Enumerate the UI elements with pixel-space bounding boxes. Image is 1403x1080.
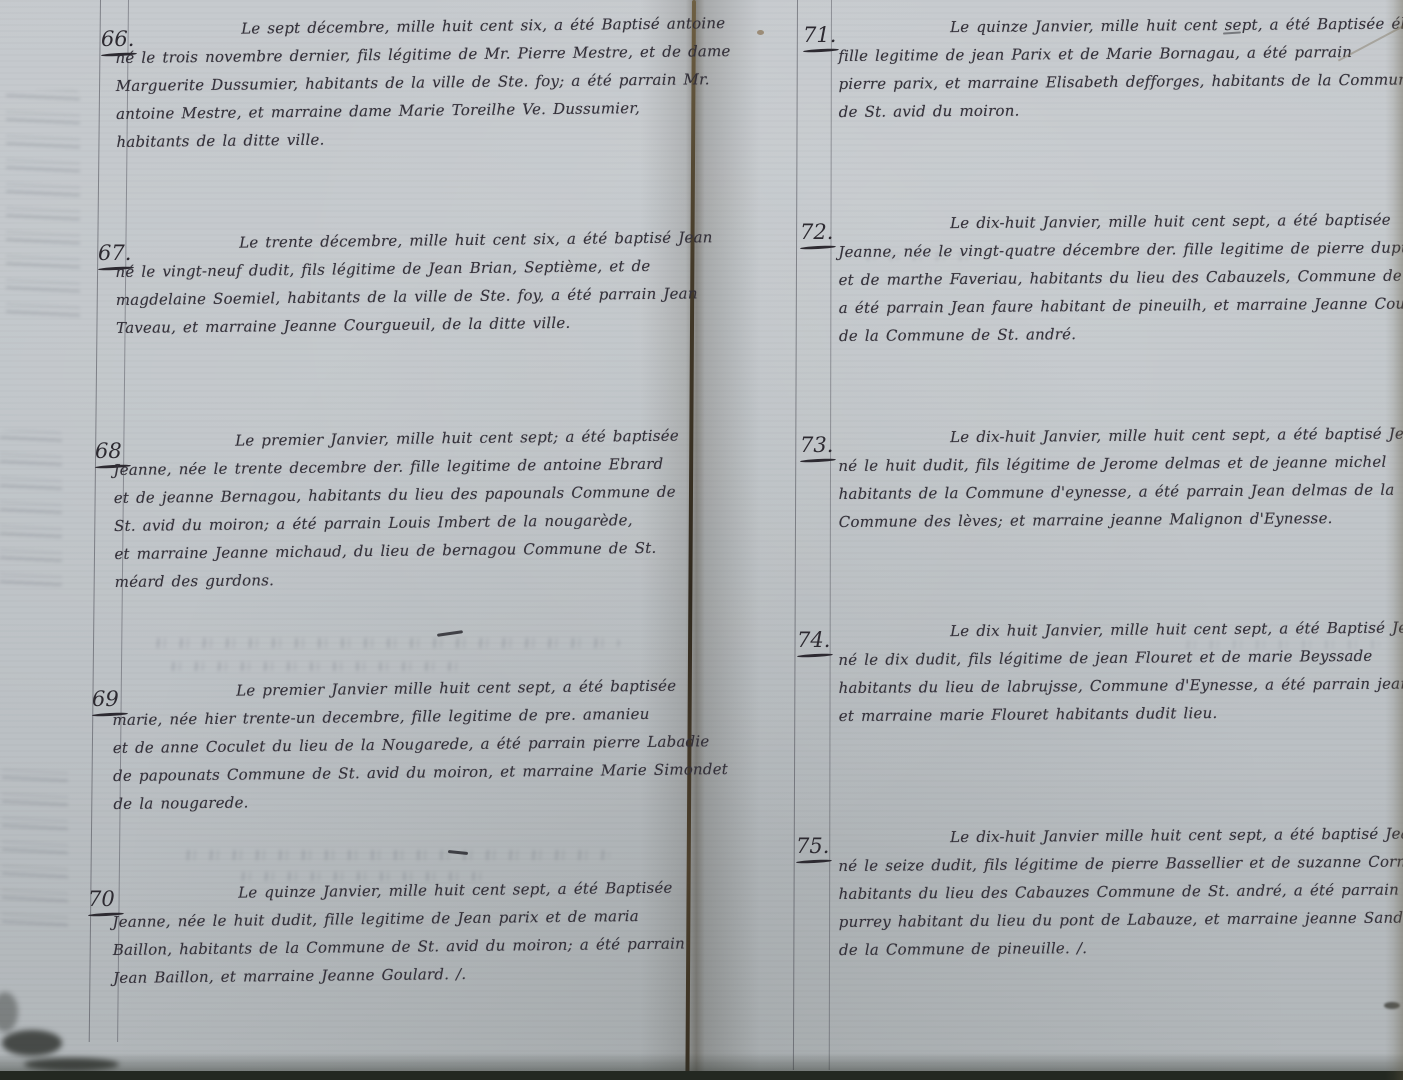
entry-number: 75.	[796, 835, 832, 863]
entry-text: Le dix-huit Janvier, mille huit cent sep…	[838, 420, 1399, 536]
entry-number-text: 73.	[800, 433, 833, 457]
entry-number: 71.	[803, 24, 839, 52]
entry-number: 72.	[800, 221, 836, 249]
bleedthrough-mark	[180, 850, 610, 860]
entry-line: et marraine marie Flouret habitants dudi…	[839, 698, 1399, 730]
entry-line: habitants de la Commune d'eynesse, a été…	[838, 476, 1398, 508]
entry-line: habitants du lieu des Cabauzes Commune d…	[838, 876, 1398, 908]
entry-line: né le dix dudit, fils légitime de jean F…	[838, 642, 1398, 674]
entry-line: Le dix-huit Janvier, mille huit cent sep…	[838, 420, 1398, 452]
entry-line: Commune des lèves; et marraine jeanne Ma…	[839, 504, 1399, 536]
entry-text: Le premier Janvier, mille huit cent sept…	[113, 421, 693, 596]
register-scan: 66. Le sept décembre, mille huit cent si…	[0, 0, 1403, 1080]
entry-text: Le quinze Janvier, mille huit cent sept,…	[838, 10, 1399, 126]
entry-line: a été parrain Jean faure habitant de pin…	[839, 290, 1399, 322]
entry-number-text: 72.	[800, 220, 833, 244]
entry-text: Le trente décembre, mille huit cent six,…	[115, 223, 694, 342]
entry-number-text: 74.	[797, 628, 830, 652]
entry-line: de St. avid du moiron.	[839, 94, 1399, 126]
entry-number-text: 71.	[803, 23, 836, 47]
page-bottom-shadow	[0, 1053, 1403, 1073]
entry-number-text: 75.	[796, 834, 829, 858]
entry-line: de la Commune de pineuille. /.	[839, 932, 1399, 964]
entry-line: Le dix-huit Janvier mille huit cent sept…	[838, 820, 1398, 852]
entry-text: Le dix-huit Janvier, mille huit cent sep…	[838, 206, 1399, 350]
entry-line: et de marthe Faveriau, habitants du lieu…	[838, 262, 1398, 294]
entry-number: 74.	[797, 629, 833, 657]
entry-line: purrey habitant du lieu du pont de Labau…	[839, 904, 1399, 936]
entry-line: pierre parix, et marraine Elisabeth deff…	[838, 66, 1398, 98]
bleedthrough-mark	[150, 638, 620, 648]
bleedthrough-mark	[0, 430, 62, 590]
entry-text: Le dix huit Janvier, mille huit cent sep…	[838, 614, 1399, 730]
book-bottom-edge	[0, 1071, 1403, 1080]
entry-number-text: 70	[88, 887, 115, 911]
entry-line: né le seize dudit, fils légitime de pier…	[838, 848, 1398, 880]
entry-line: de la Commune de St. andré.	[839, 318, 1399, 350]
entry-line: né le huit dudit, fils légitime de Jerom…	[838, 448, 1398, 480]
entry-text: Le dix-huit Janvier mille huit cent sept…	[838, 820, 1399, 964]
entry-text: Le sept décembre, mille huit cent six, a…	[115, 9, 695, 156]
entry-line: Le dix-huit Janvier, mille huit cent sep…	[838, 206, 1398, 238]
entry-text: Le premier Janvier mille huit cent sept,…	[112, 671, 692, 818]
bleedthrough-mark	[6, 90, 80, 320]
entry-number: 73.	[800, 434, 836, 462]
entry-line: Le dix huit Janvier, mille huit cent sep…	[838, 614, 1398, 646]
page-right-edge	[1385, 0, 1403, 1080]
entry-line: Jeanne, née le vingt-quatre décembre der…	[838, 234, 1398, 266]
entry-line: fille legitime de jean Parix et de Marie…	[838, 38, 1398, 70]
entry-text: Le quinze Janvier, mille huit cent sept,…	[112, 873, 691, 992]
bleedthrough-mark	[165, 662, 465, 671]
paper-stain	[757, 30, 764, 35]
entry-line: habitants du lieu de labrujsse, Commune …	[838, 670, 1398, 702]
bleedthrough-mark	[2, 760, 68, 930]
